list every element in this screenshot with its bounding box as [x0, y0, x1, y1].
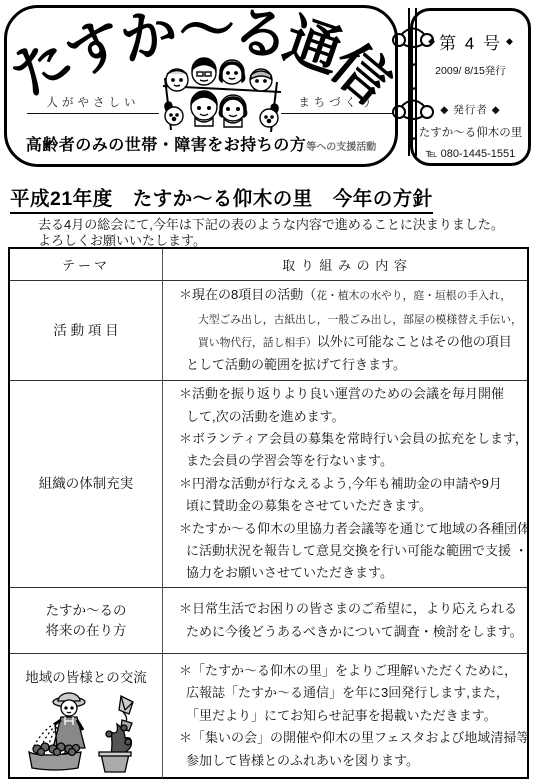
gardener-watering-illustration: [25, 690, 147, 778]
content-line: 買い物代行，話し相手）以外に可能なことはその他の項目: [198, 331, 522, 354]
content-segment: 買い物代行，話し相手）: [198, 337, 317, 349]
content-segment: に活動状況を報告して意見交換を行い可能な範囲で支援 ・: [186, 543, 527, 558]
content-line: 大型ごみ出し，古紙出し，一般ごみ出し，部屋の模様替え手伝い，: [198, 308, 522, 331]
content-segment: ＊「集いの会」の開催や仰木の里フェスタおよび地域清掃等に: [179, 730, 527, 745]
table-content-cell: ＊日常生活でお困りの皆さまのご希望に，より応えられるために今後どうあるべきかにつ…: [162, 587, 527, 653]
table-content-cell: ＊現在の8項目の活動（花・植木の水やり，庭・垣根の手入れ，大型ごみ出し，古紙出し…: [162, 280, 527, 380]
table-theme-cell: 活 動 項 目: [10, 280, 162, 380]
issue-number: ◆ 第 4 号 ◆: [428, 29, 513, 54]
table-header-content: 取 り 組 み の 内 容: [162, 249, 527, 280]
intro-text: 去る4月の総会にて,今年は下記の表のような内容で進めることに決まりました。 よろ…: [38, 217, 504, 248]
table-theme-cell: 組織の体制充実: [10, 380, 162, 587]
content-segment: ＊活動を振り返りより良い運営のための会議を毎月開催: [179, 386, 504, 401]
policy-table: テーマ 取 り 組 み の 内 容 活 動 項 目＊現在の8項目の活動（花・植木…: [8, 247, 529, 779]
issue-number-label: 第 4 号: [439, 29, 502, 54]
content-block: ＊「たすか〜る仰木の里」をよりご理解いただくために，広報誌「たすか〜る通信」を年…: [179, 660, 527, 772]
publication-date: 2009/ 8/15発行: [435, 63, 506, 78]
content-line: ＊日常生活でお困りの皆さまのご希望に，より応えられる: [179, 598, 523, 620]
content-segment: 花・植木の水やり，庭・垣根の手入れ，: [316, 290, 511, 302]
content-segment: 大型ごみ出し，古紙出し，一般ごみ出し，部屋の模様替え手伝い，: [198, 314, 522, 326]
content-line: 協力をお願いさせていただきます。: [186, 562, 527, 584]
content-line: ＊現在の8項目の活動（花・植木の水やり，庭・垣根の手入れ，: [179, 284, 522, 307]
diamond-icon: ◆: [506, 36, 513, 47]
slogan-right: まちづくり: [281, 94, 393, 114]
content-segment: として活動の範囲を拡げて行きます。: [186, 357, 406, 372]
content-segment: ＊「たすか〜る仰木の里」をよりご理解いただくために，: [179, 663, 517, 678]
content-segment: ＊たすか〜る仰木の里協力者会議等を通じて地域の各種団体: [179, 521, 527, 536]
content-segment: ＊日常生活でお困りの皆さまのご希望に，より応えられる: [179, 601, 517, 616]
content-segment: して,次の活動を進めます。: [186, 409, 345, 424]
content-line: 広報誌「たすか〜る通信」を年に3回発行します,また，: [186, 682, 527, 704]
tagline-main: 高齢者のみの世帯・障害をお持ちの方: [26, 137, 307, 154]
table-theme-cell: たすか〜るの将来の在り方: [10, 587, 162, 653]
content-segment: 以外に可能なことはその他の項目: [317, 334, 512, 349]
content-segment: ＊ボランティア会員の募集を常時行い会員の拡充をします，: [179, 431, 527, 446]
theme-line: 将来の在り方: [46, 621, 127, 641]
publisher-heading: ◆ 発行者 ◆: [440, 102, 500, 117]
article-heading: 平成21年度 たすか〜る仰木の里 今年の方針: [10, 183, 433, 214]
content-line: ＊円滑な活動が行なえるよう,今年も補助金の申請や9月: [179, 473, 527, 495]
content-line: ＊「集いの会」の開催や仰木の里フェスタおよび地域清掃等に: [179, 727, 527, 749]
content-line: 参加して皆様とのふれあいを図ります。: [186, 750, 527, 772]
content-line: 「里だより」にてお知らせ記事を掲載いただきます。: [186, 705, 527, 727]
content-line: して,次の活動を進めます。: [186, 406, 527, 428]
content-line: ＊「たすか〜る仰木の里」をよりご理解いただくために，: [179, 660, 527, 682]
people-group-illustration: [157, 52, 287, 138]
content-block: ＊活動を振り返りより良い運営のための会議を毎月開催して,次の活動を進めます。＊ボ…: [179, 383, 527, 585]
content-line: ＊活動を振り返りより良い運営のための会議を毎月開催: [179, 383, 527, 405]
content-line: ために今後どうあるべきかについて調査・検討をします。: [186, 621, 523, 643]
masthead: た す か 〜 る 通 信 人がやさしい まちづくり: [0, 0, 536, 175]
content-block: ＊現在の8項目の活動（花・植木の水やり，庭・垣根の手入れ，大型ごみ出し，古紙出し…: [179, 284, 522, 377]
theme-line: 組織の体制充実: [39, 474, 134, 494]
content-line: に活動状況を報告して意見交換を行い可能な範囲で支援 ・: [186, 540, 527, 562]
intro-line: 去る4月の総会にて,今年は下記の表のような内容で進めることに決まりました。: [38, 217, 504, 233]
content-segment: ＊現在の8項目の活動（: [179, 287, 316, 302]
content-segment: 広報誌「たすか〜る通信」を年に3回発行します,また，: [186, 685, 509, 700]
theme-line: 活 動 項 目: [53, 321, 118, 341]
content-segment: 協力をお願いさせていただきます。: [186, 565, 393, 580]
table-header-theme: テーマ: [10, 249, 162, 280]
content-block: ＊日常生活でお困りの皆さまのご希望に，より応えられるために今後どうあるべきかにつ…: [179, 598, 523, 643]
content-line: として活動の範囲を拡げて行きます。: [186, 354, 522, 376]
binder-rings-icon: [391, 6, 435, 158]
tagline-suffix: 等への支援活動: [306, 142, 376, 153]
content-segment: 参加して皆様とのふれあいを図ります。: [186, 753, 419, 768]
logo-title-char: 〜: [178, 1, 237, 60]
theme-line: たすか〜るの: [46, 601, 127, 621]
content-line: ＊ボランティア会員の募集を常時行い会員の拡充をします，: [179, 428, 527, 450]
content-segment: ために今後どうあるべきかについて調査・検討をします。: [186, 624, 523, 639]
content-line: 頃に賛助金の募集をさせていただきます。: [186, 495, 527, 517]
content-line: ＊たすか〜る仰木の里協力者会議等を通じて地域の各種団体: [179, 518, 527, 540]
content-segment: 「里だより」にてお知らせ記事を掲載いただきます。: [186, 708, 497, 723]
content-segment: 頃に賛助金の募集をさせていただきます。: [186, 498, 432, 513]
theme-line: 地域の皆様との交流: [25, 668, 147, 688]
intro-line: よろしくお願いいたします。: [38, 233, 504, 249]
table-content-cell: ＊「たすか〜る仰木の里」をよりご理解いただくために，広報誌「たすか〜る通信」を年…: [162, 653, 527, 778]
slogan-left: 人がやさしい: [27, 94, 159, 114]
newsletter-logo-box: た す か 〜 る 通 信 人がやさしい まちづくり: [4, 5, 398, 167]
table-theme-cell: 地域の皆様との交流: [10, 653, 162, 778]
table-content-cell: ＊活動を振り返りより良い運営のための会議を毎月開催して,次の活動を進めます。＊ボ…: [162, 380, 527, 587]
content-line: また会員の学習会等を行ないます。: [186, 450, 527, 472]
publisher-phone: ℡ 080-1445-1551: [426, 147, 516, 160]
content-segment: また会員の学習会等を行ないます。: [186, 453, 393, 468]
content-segment: ＊円滑な活動が行なえるよう,今年も補助金の申請や9月: [179, 476, 502, 491]
